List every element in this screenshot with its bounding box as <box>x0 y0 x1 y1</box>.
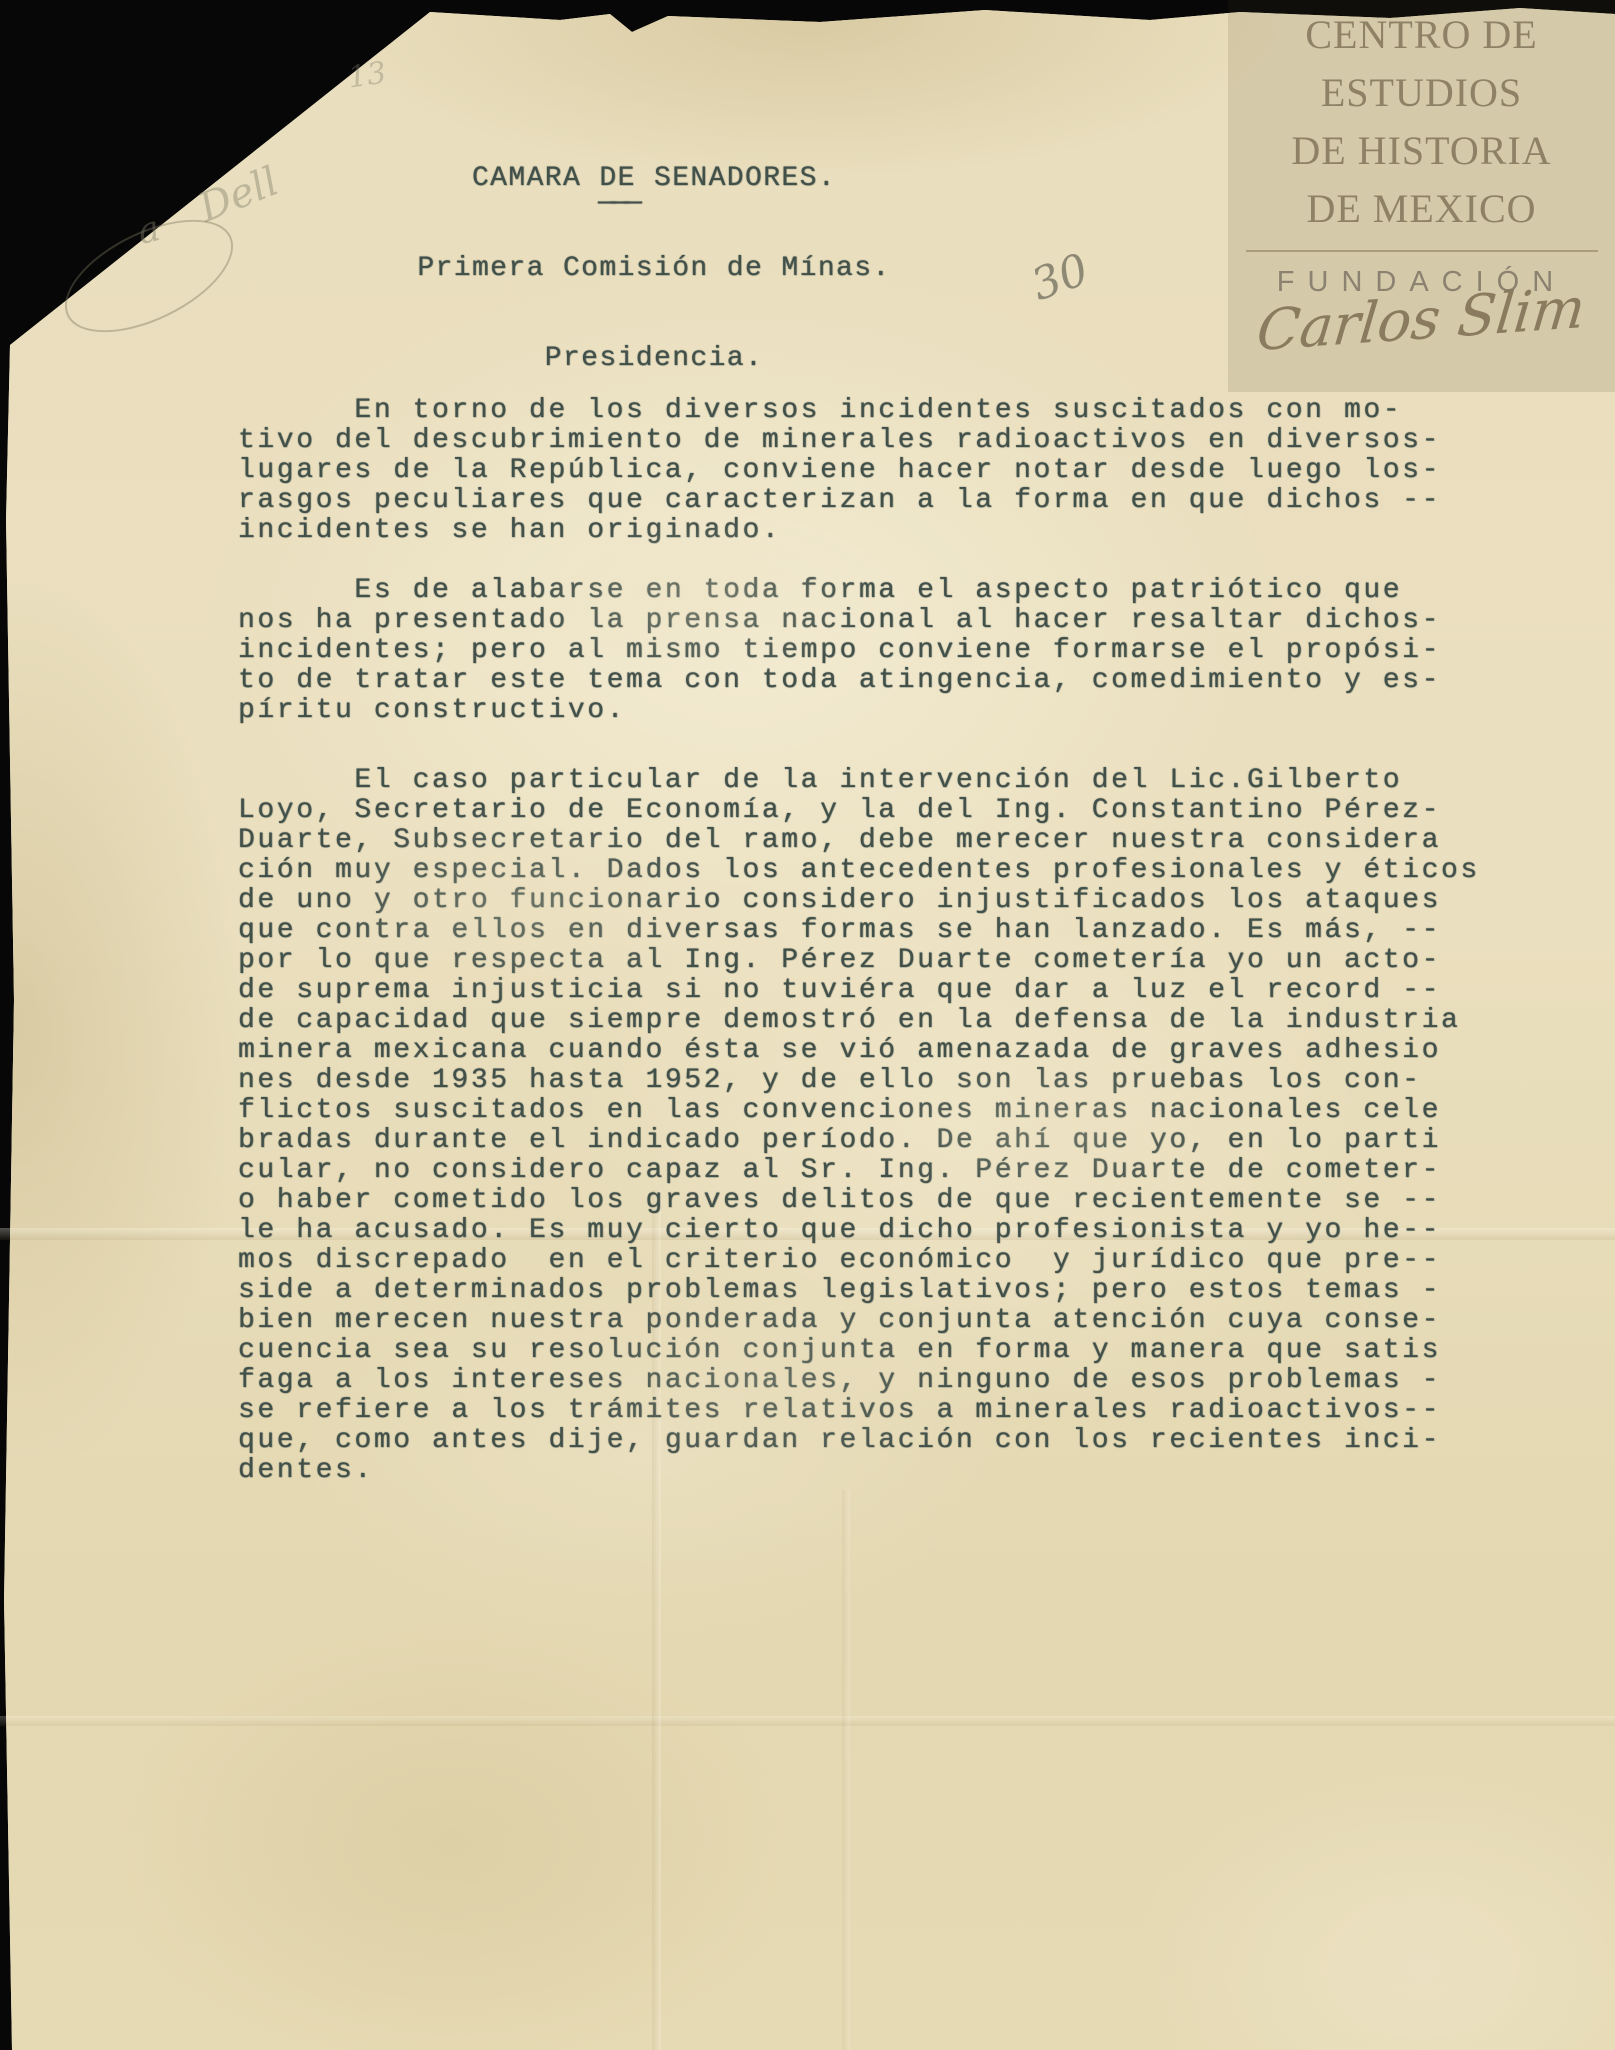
header-line-institution: CAMARA DE SENADORES. <box>404 164 904 194</box>
watermark-line: ESTUDIOS <box>1228 64 1615 122</box>
watermark-line: DE HISTORIA <box>1228 122 1615 180</box>
paragraph: En torno de los diversos incidentes susc… <box>238 396 1441 546</box>
header-line-presidency: Presidencia. <box>404 344 904 374</box>
scanned-document-canvas: CENTRO DE ESTUDIOS DE HISTORIA DE MEXICO… <box>0 0 1615 2050</box>
watermark-line: DE MEXICO <box>1228 180 1615 238</box>
paragraph: Es de alabarse en toda forma el aspecto … <box>238 576 1441 726</box>
document-header: CAMARA DE SENADORES. Primera Comisión de… <box>404 104 904 434</box>
watermark-divider <box>1246 250 1598 252</box>
header-dash-separator: ——— <box>598 186 637 220</box>
watermark-line: CENTRO DE <box>1228 6 1615 64</box>
archive-watermark: CENTRO DE ESTUDIOS DE HISTORIA DE MEXICO… <box>1228 0 1615 392</box>
header-line-commission: Primera Comisión de Mínas. <box>404 254 904 284</box>
paragraph: El caso particular de la intervención de… <box>238 766 1480 1486</box>
